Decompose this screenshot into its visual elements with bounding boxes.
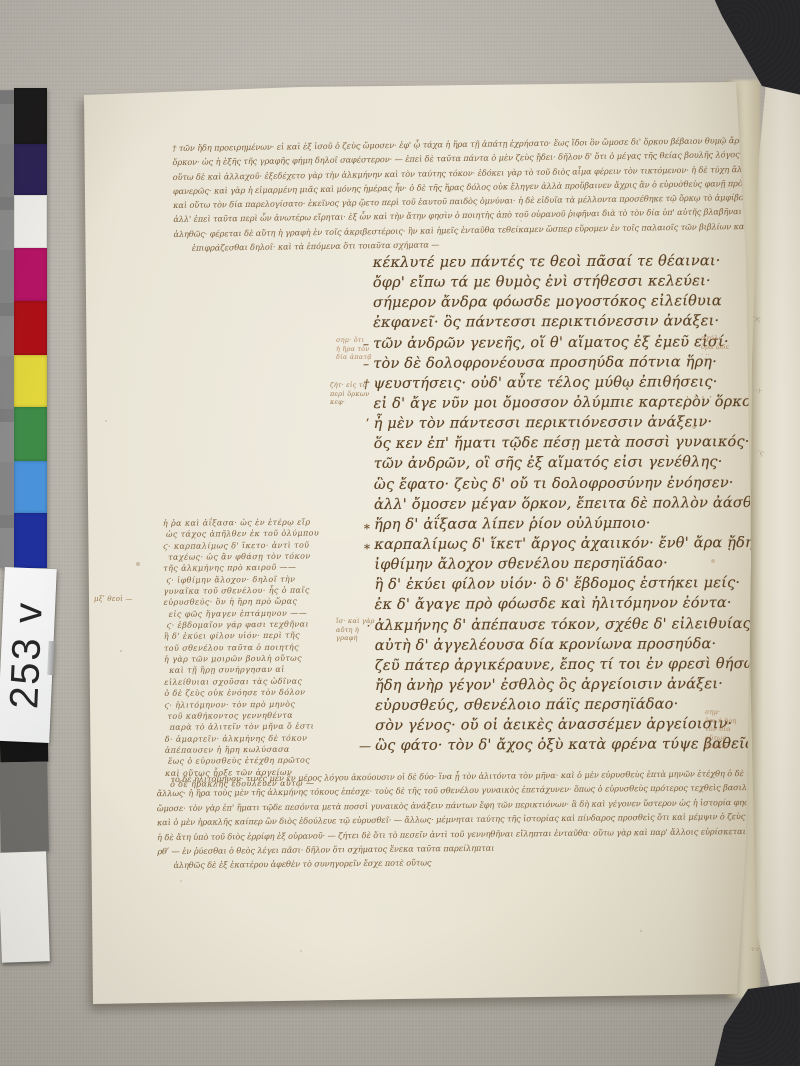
color-patch [14,88,47,144]
color-patch [14,407,47,461]
main-text-line: αὐτὴ δ' ἀγγελέουσα δία κρονίωνα προσηύδα… [375,634,747,656]
color-patch-column [14,88,47,568]
main-text-line: ʹ ἦ μὲν τὸν πάντεσσι περικτιόνεσσιν ἀνάξ… [374,412,746,434]
marginal-note: ἴσ· καὶ γὰρ αὕτη ἡ γραφή [336,617,375,643]
main-text-line: – τῶν ἀνδρῶν γενεῆς, οἵ θ' αἵματος ἐξ ἐμ… [373,332,745,354]
main-text-line: ἰφθίμην ἄλοχον σθενέλου περσηϊάδαο· [374,553,746,575]
main-text-line: ⁎ ἥρη δ' ἀΐξασα λίπεν ῥίον οὐλύμποιο· [374,513,746,535]
main-text-line: ζεῦ πάτερ ἀργικέραυνε, ἔπος τί τοι ἐν φρ… [375,654,747,676]
main-text-line: κέκλυτέ μευ πάντές τε θεοὶ πᾶσαί τε θέαι… [373,251,745,273]
color-patch [14,195,47,248]
color-patch [14,144,47,195]
verse-text: ψευστήσεις· οὐδ' αὖτε τέλος μύθῳ ἐπιθήσε… [373,374,717,392]
main-text-line: τῶν ἀνδρῶν, οἳ σῆς ἐξ αἵματός εἰσι γενέθ… [374,452,746,474]
main-text-block: κέκλυτέ μευ πάντές τε θεοὶ πᾶσαί τε θέαι… [373,251,748,756]
verse-text: κέκλυτέ μευ πάντές τε θεοὶ πᾶσαί τε θέαι… [373,253,721,271]
ink-dots: ····· [685,279,704,288]
color-patch [14,355,47,407]
color-patch [14,301,47,355]
main-text-line: ἐκφανεῖ· ὃς πάντεσσι περικτιόνεσσιν ἀνάξ… [373,311,745,333]
main-text-line: † ψευστήσεις· οὐδ' αὖτε τέλος μύθῳ ἐπιθή… [373,372,745,394]
main-text-line: σὸν γένος· οὔ οἱ ἀεικὲς ἀνασσέμεν ἀργείο… [375,714,747,736]
verse-text: ζεῦ πάτερ ἀργικέραυνε, ἔπος τί τοι ἐν φρ… [375,656,761,674]
grayscale-patch-column [0,727,48,962]
color-calibration-bar: 253 v [0,88,52,962]
main-text-line: ὣς ἔφατο· ζεὺς δ' οὔ τι δολοφροσύνην ἐνό… [374,473,746,495]
color-patch [0,762,49,853]
verse-text: ἣ δ' ἐκύει φίλον υἱόν· ὃ δ' ἕβδομος ἑστή… [374,575,740,593]
parchment-page: † τῶν ἤδη προειρημένων· εἰ καὶ ἐξ ἰσοῦ ὁ… [0,0,800,1066]
verse-text: εὐρυσθεύς, σθενέλοιο πάϊς περσηϊάδαο· [375,696,678,714]
main-text-line: ἣ δ' ἐκύει φίλον υἱόν· ὃ δ' ἕβδομος ἑστή… [374,573,746,595]
color-patch [0,851,50,963]
verse-text: ὄφρ' εἴπω τά με θυμὸς ἐνὶ στήθεσσι κελεύ… [373,273,711,291]
parchment-stains [0,0,2,2]
main-text-line: ἀλλ' ὄμοσεν μέγαν ὅρκον, ἔπειτα δὲ πολλὸ… [374,493,746,515]
main-text-line: ὅς κεν ἐπ' ἤματι τῷδε πέσῃ μετὰ ποσσὶ γυ… [374,432,746,454]
verse-text: ἰφθίμην ἄλοχον σθενέλου περσηϊάδαο· [374,556,668,574]
verse-text: τὸν δὲ δολοφρονέουσα προσηύδα πότνια ἥρη… [373,354,717,372]
left-scholia-block: ἡ ῥα καὶ ἀΐξασα· ὡς ἐν ἑτέρῳ εἴρὡς τάχος… [163,516,363,794]
verse-text: σήμερον ἄνδρα φόωσδε μογοστόκος εἰλείθυι… [373,293,722,311]
marginal-note: σημ· ὅτι ἡ ἥρα τὸν δία ἀπατᾷ [336,336,372,362]
folio-number-sticker: 253 v [0,567,57,743]
verse-text: αὐτὴ δ' ἀγγελέουσα δία κρονίωνα προσηύδα… [375,636,717,654]
marginal-note: ζήτ· εἰς τὸ περὶ ὅρκων κεφ· [330,381,369,407]
verse-text: καρπαλίμως δ' ἵκετ' ἄργος ἀχαιικόν· ἔνθ'… [374,535,754,553]
manuscript-photo: ʹ)ς ·)· ʹς· ·ι·ι· † τῶν ἤδη προειρημένων… [0,0,800,1066]
main-text-line: εὐρυσθεύς, σθενέλοιο πάϊς περσηϊάδαο· [375,694,747,716]
verse-text: σὸν γένος· οὔ οἱ ἀεικὲς ἀνασσέμεν ἀργείο… [375,716,732,734]
main-text-line: — ὣς φάτο· τὸν δ' ἄχος ὀξὺ κατὰ φρένα τύ… [375,734,747,756]
main-text-line: ἤδη ἀνὴρ γέγον' ἐσθλὸς ὃς ἀργείοισιν ἀνά… [375,674,747,696]
grayscale-strip [0,90,14,568]
color-patch [14,513,47,568]
verse-text: ἐκφανεῖ· ὃς πάντεσσι περικτιόνεσσιν ἀνάξ… [373,314,719,332]
parchment-page-wrap: † τῶν ἤδη προειρημένων· εἰ καὶ ἐξ ἰσοῦ ὁ… [0,0,800,1066]
verse-text: ἤδη ἀνὴρ γέγον' ἐσθλὸς ὃς ἀργείοισιν ἀνά… [375,676,723,694]
verse-text: τῶν ἀνδρῶν γενεῆς, οἵ θ' αἵματος ἐξ ἐμεῦ… [373,334,729,352]
main-text-line: ἐκ δ' ἄγαγε πρὸ φόωσδε καὶ ἠλιτόμηνον ἐό… [374,593,746,615]
main-text-line: – τὸν δὲ δολοφρονέουσα προσηύδα πότνια ἥ… [373,352,745,374]
margin-mark: ʹ [352,414,370,434]
verse-text: ἦ μὲν τὸν πάντεσσι περικτιόνεσσιν ἀνάξει… [374,414,713,432]
verse-text: τῶν ἀνδρῶν, οἳ σῆς ἐξ αἵματός εἰσι γενέθ… [374,455,723,473]
main-text-line: σήμερον ἄνδρα φόωσδε μογοστόκος εἰλείθυι… [373,291,745,313]
verse-text: ἀλλ' ὄμοσεν μέγαν ὅρκον, ἔπειτα δὲ πολλὸ… [374,495,766,513]
verse-text: ὣς ἔφατο· ζεὺς δ' οὔ τι δολοφροσύνην ἐνό… [374,475,734,493]
ink-dots: · · · · [686,394,713,403]
verse-text: ἀλκμήνης δ' ἀπέπαυσε τόκον, σχέθε δ' εἰλ… [375,616,756,634]
main-text-line: · ἀλκμήνης δ' ἀπέπαυσε τόκον, σχέθε δ' ε… [375,614,747,636]
folio-number-label: 253 v [2,600,52,710]
marginal-note: σχόλ· ὅρα ὧδε · ·· [701,334,729,360]
color-patch [14,248,47,301]
verse-text: ἥρη δ' ἀΐξασα λίπεν ῥίον οὐλύμποιο· [374,515,651,532]
main-text-line: ⁎ καρπαλίμως δ' ἵκετ' ἄργος ἀχαιικόν· ἔν… [374,533,746,555]
top-scholia-block: † τῶν ἤδη προειρημένων· εἰ καὶ ἐξ ἰσοῦ ὁ… [172,133,752,259]
verse-text: ὅς κεν ἐπ' ἤματι τῷδε πέσῃ μετὰ ποσσὶ γυ… [374,434,750,452]
bottom-scholia-block: τὸ δὲ ἠλιτόμηνον· τινὲς μὲν ἓν μέρος λόγ… [156,766,771,876]
marginal-note: σημ· ὅτι ἡ ἥρη τὸν δία οὕτως ἠπάτα [705,708,737,751]
marginal-note: μξʹ θεοὶ — [94,595,133,604]
color-patch [14,461,47,513]
verse-text: ἐκ δ' ἄγαγε πρὸ φόωσδε καὶ ἠλιτόμηνον ἐό… [374,595,731,613]
